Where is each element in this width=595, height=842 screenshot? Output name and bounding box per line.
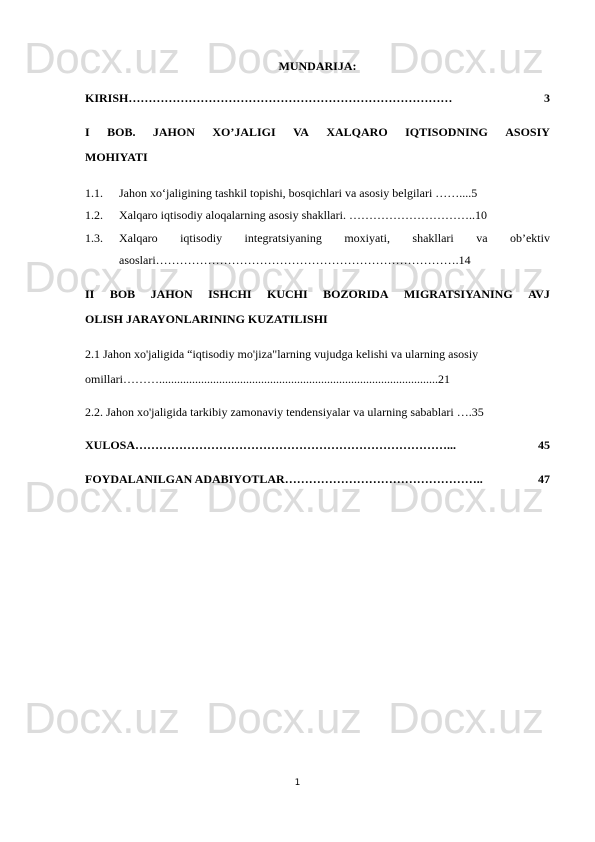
page-number: 1 <box>0 778 595 788</box>
section-text: Xalqaro iqtisodiy aloqalarning asosiy sh… <box>119 208 475 222</box>
section-text: Jahon xo‘jaligining tashkil topishi, bos… <box>119 186 471 200</box>
toc-page-number: 47 <box>538 472 550 487</box>
watermark-text: Docx.uz <box>24 697 179 741</box>
word: va <box>476 231 487 246</box>
word: KUCHI <box>267 287 308 302</box>
toc-leader: ………………………………………….. <box>285 472 483 486</box>
word: JAHON <box>151 287 193 302</box>
toc-entry-references[interactable]: FOYDALANILGAN ADABIYOTLAR………………………………………… <box>85 472 550 487</box>
toc-entry-kirish[interactable]: KIRISH………………………………………………………………………3 <box>85 91 550 106</box>
word: iqtisodiy <box>180 231 222 246</box>
toc-page-number: 3 <box>544 91 550 106</box>
word: ISHCHI <box>208 287 251 302</box>
toc-leader: ……………………………………………………………………… <box>128 91 452 105</box>
toc-leader: ……………………………………………………………………... <box>135 438 456 452</box>
word: MIGRATSIYANING <box>404 287 513 302</box>
word: VA <box>293 125 309 140</box>
watermark-text: Docx.uz <box>206 697 361 741</box>
toc-chapter-1-line1[interactable]: IBOB.JAHONXO’JALIGIVAXALQAROIQTISODNINGA… <box>85 125 550 140</box>
toc-section-2-1[interactable]: 2.1 Jahon xo'jaligida “iqtisodiy mo'jiza… <box>85 347 550 362</box>
toc-section-2-1-cont[interactable]: omillari……….............................… <box>85 372 550 387</box>
word: BOB. <box>107 125 135 140</box>
section-number: 1.3. <box>85 231 103 246</box>
word: XALQARO <box>326 125 387 140</box>
toc-label: KIRISH <box>85 91 128 105</box>
word: I <box>85 125 90 140</box>
section-number: 1.1. <box>85 186 103 201</box>
word: BOB <box>110 287 135 302</box>
toc-section-2-2[interactable]: 2.2. Jahon xo'jaligida tarkibiy zamonavi… <box>85 405 550 420</box>
word: XO’JALIGI <box>212 125 275 140</box>
toc-entry-xulosa[interactable]: XULOSA……………………………………………………………………...45 <box>85 438 550 453</box>
section-page: 21 <box>438 372 450 386</box>
word: ASOSIY <box>505 125 550 140</box>
word: moxiyati, <box>344 231 390 246</box>
section-page: 5 <box>471 186 477 200</box>
word: JAHON <box>153 125 195 140</box>
page-title: MUNDARIJA: <box>85 59 550 74</box>
section-text-line2: asoslari…………………………………………………………………. <box>119 253 459 267</box>
toc-label: XULOSA <box>85 438 135 452</box>
section-text: 2.2. Jahon xo'jaligida tarkibiy zamonavi… <box>85 405 472 419</box>
word: integratsiyaning <box>245 231 322 246</box>
section-text-line1: Xalqaroiqtisodiyintegratsiyaningmoxiyati… <box>119 231 550 246</box>
section-number: 1.2. <box>85 208 103 223</box>
word: shakllari <box>412 231 453 246</box>
toc-chapter-2-line1[interactable]: IIBOBJAHONISHCHIKUCHIBOZORIDAMIGRATSIYAN… <box>85 287 550 302</box>
toc-chapter-2-line2[interactable]: OLISH JARAYONLARINING KUZATILISHI <box>85 312 550 327</box>
word: ob’ektiv <box>510 231 550 246</box>
word: AVJ <box>528 287 550 302</box>
toc-label: FOYDALANILGAN ADABIYOTLAR <box>85 472 285 486</box>
section-page: 10 <box>475 208 487 222</box>
word: Xalqaro <box>119 231 158 246</box>
section-page: 35 <box>472 405 484 419</box>
word: II <box>85 287 94 302</box>
section-text-line2: omillari……….............................… <box>85 372 438 386</box>
watermark-text: Docx.uz <box>388 697 543 741</box>
section-page: 14 <box>459 253 471 267</box>
word: IQTISODNING <box>405 125 488 140</box>
toc-chapter-1-line2[interactable]: MOHIYATI <box>85 150 550 165</box>
toc-page-number: 45 <box>538 438 550 453</box>
word: BOZORIDA <box>323 287 388 302</box>
